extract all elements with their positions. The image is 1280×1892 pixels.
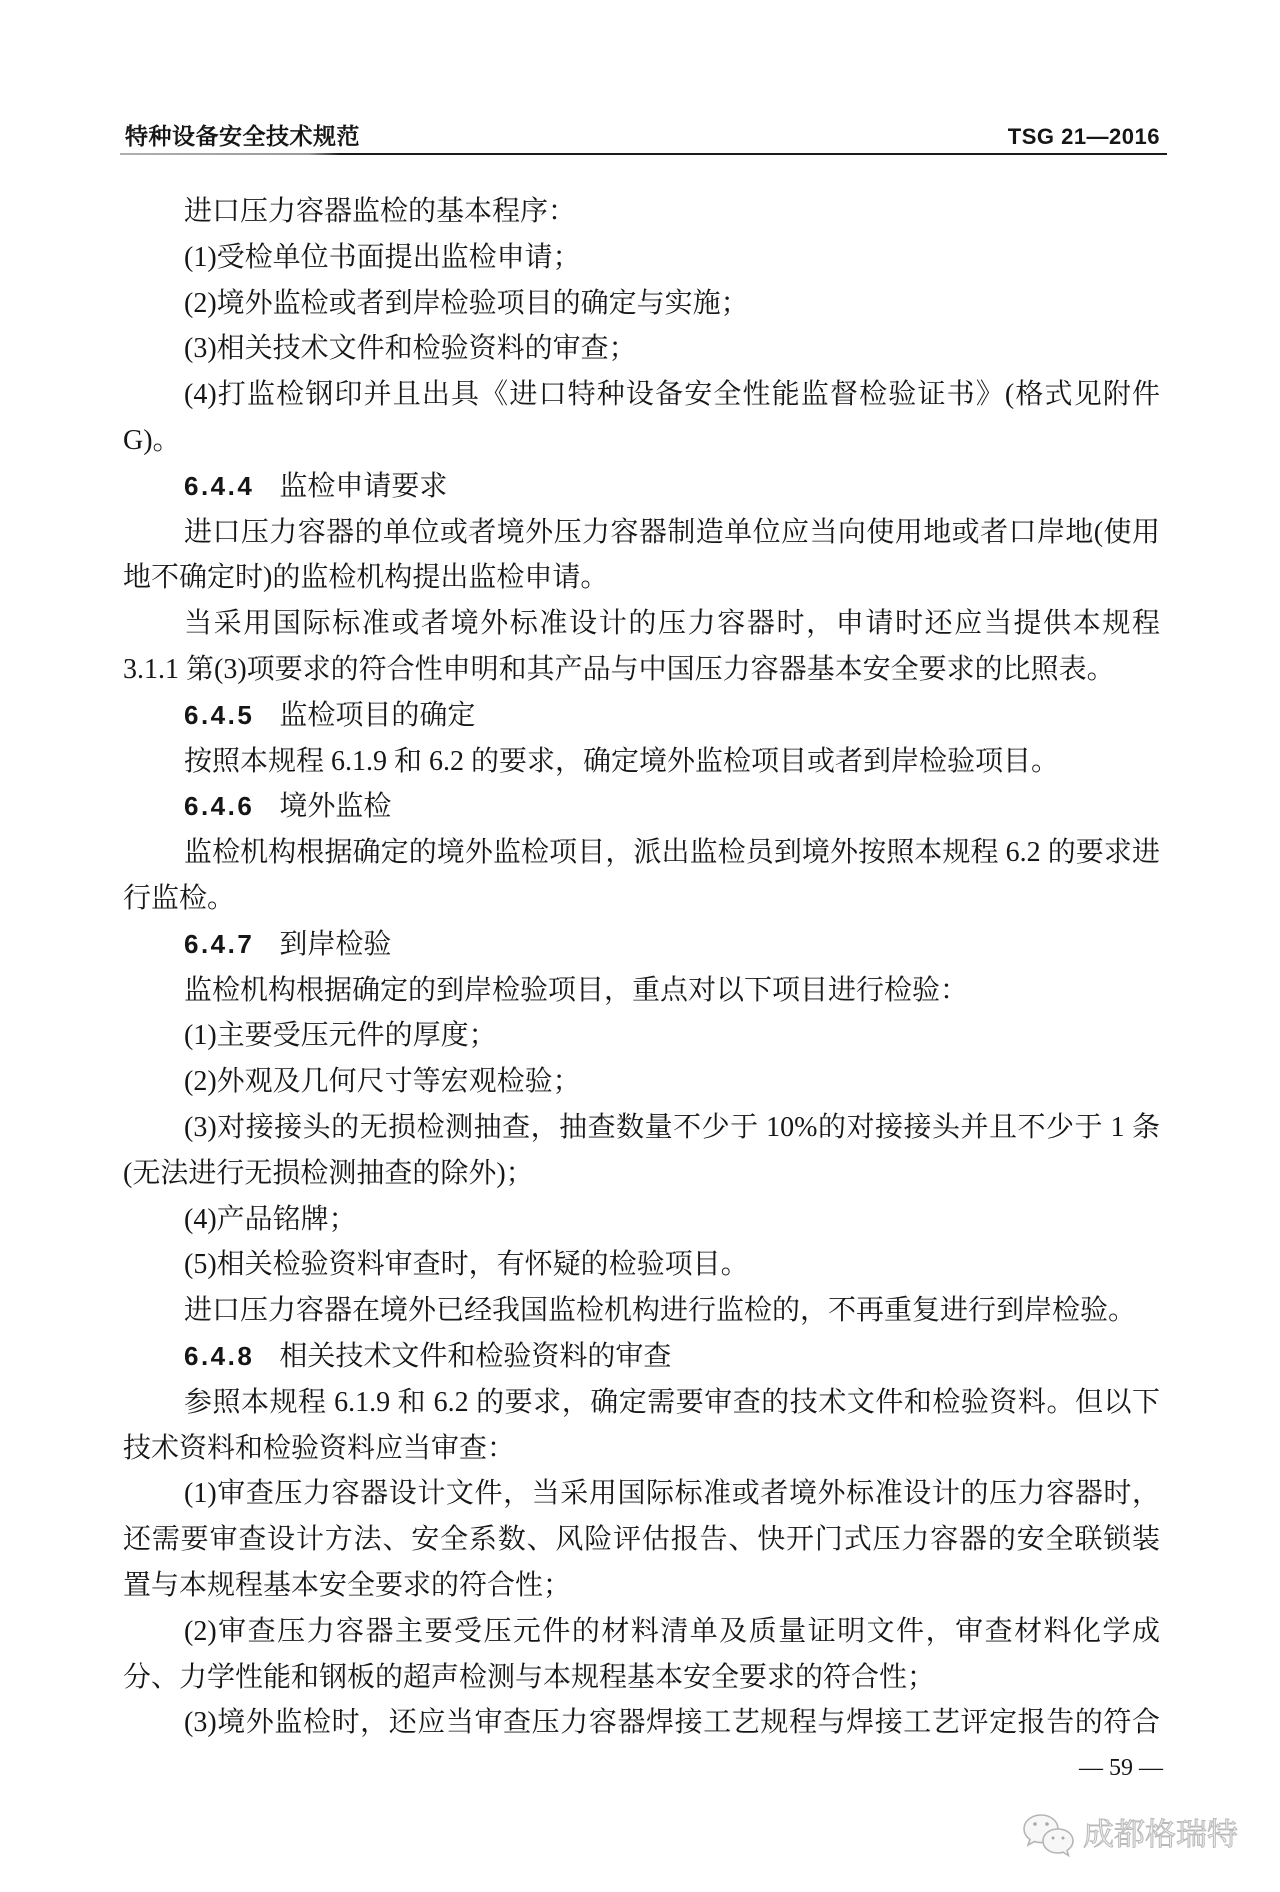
list-item: (1)受检单位书面提出监检申请； (123, 235, 1160, 281)
wechat-icon (1022, 1812, 1078, 1858)
section-title: 相关技术文件和检验资料的审查 (279, 1341, 671, 1372)
body-line: 按照本规程 6.1.9 和 6.2 的要求，确定境外监检项目或者到岸检验项目。 (123, 739, 1160, 785)
body-line: (无法进行无损检测抽查的除外)； (123, 1151, 1160, 1197)
list-item: (3)境外监检时，还应当审查压力容器焊接工艺规程与焊接工艺评定报告的符合 (123, 1700, 1160, 1746)
section-title: 监检申请要求 (279, 471, 447, 502)
body-line: 分、力学性能和钢板的超声检测与本规程基本安全要求的符合性； (123, 1655, 1160, 1701)
section-title: 境外监检 (279, 791, 391, 822)
section-number: 6.4.5 (184, 700, 254, 730)
section-heading-6-4-7: 6.4.7到岸检验 (123, 922, 1160, 968)
list-item: (3)对接接头的无损检测抽查，抽查数量不少于 10%的对接接头并且不少于 1 条 (123, 1105, 1160, 1151)
body-line: 进口压力容器监检的基本程序： (123, 189, 1160, 235)
section-title: 监检项目的确定 (279, 700, 475, 731)
list-item: (2)外观及几何尺寸等宏观检验； (123, 1059, 1160, 1105)
section-heading-6-4-8: 6.4.8相关技术文件和检验资料的审查 (123, 1334, 1160, 1380)
watermark-text: 成都格瑞特 (1083, 1812, 1238, 1858)
section-number: 6.4.4 (184, 471, 254, 501)
list-item: (3)相关技术文件和检验资料的审查； (123, 326, 1160, 372)
body-line: 监检机构根据确定的到岸检验项目，重点对以下项目进行检验： (123, 968, 1160, 1014)
section-number: 6.4.7 (184, 929, 254, 959)
section-number: 6.4.8 (184, 1341, 254, 1371)
section-heading-6-4-6: 6.4.6境外监检 (123, 784, 1160, 830)
section-number: 6.4.6 (184, 791, 254, 821)
body-line: 还需要审查设计方法、安全系数、风险评估报告、快开门式压力容器的安全联锁装 (123, 1517, 1160, 1563)
page-number: — 59 — (1079, 1753, 1163, 1783)
body-line: 置与本规程基本安全要求的符合性； (123, 1563, 1160, 1609)
list-item: (4)产品铭牌； (123, 1197, 1160, 1243)
list-item: (2)审查压力容器主要受压元件的材料清单及质量证明文件，审查材料化学成 (123, 1609, 1160, 1655)
header-rule-divider (120, 153, 1167, 155)
body-line: 行监检。 (123, 876, 1160, 922)
list-item: (1)审查压力容器设计文件，当采用国际标准或者境外标准设计的压力容器时， (123, 1471, 1160, 1517)
body-line: 3.1.1 第(3)项要求的符合性申明和其产品与中国压力容器基本安全要求的比照表… (123, 647, 1160, 693)
section-title: 到岸检验 (279, 929, 391, 960)
section-heading-6-4-4: 6.4.4监检申请要求 (123, 464, 1160, 510)
list-item: (1)主要受压元件的厚度； (123, 1013, 1160, 1059)
body-line: 进口压力容器的单位或者境外压力容器制造单位应当向使用地或者口岸地(使用 (123, 510, 1160, 556)
list-item: (4)打监检钢印并且出具《进口特种设备安全性能监督检验证书》(格式见附件 (123, 372, 1160, 418)
body-line: 参照本规程 6.1.9 和 6.2 的要求，确定需要审查的技术文件和检验资料。但… (123, 1380, 1160, 1426)
body-line: 进口压力容器在境外已经我国监检机构进行监检的，不再重复进行到岸检验。 (123, 1288, 1160, 1334)
running-head-standard-code: TSG 21—2016 (1008, 123, 1160, 151)
body-line: 地不确定时)的监检机构提出监检申请。 (123, 555, 1160, 601)
list-item: (5)相关检验资料审查时，有怀疑的检验项目。 (123, 1242, 1160, 1288)
body-line: 技术资料和检验资料应当审查： (123, 1426, 1160, 1472)
page-body: 进口压力容器监检的基本程序： (1)受检单位书面提出监检申请； (2)境外监检或… (123, 189, 1160, 1746)
watermark: 成都格瑞特 (1022, 1812, 1238, 1858)
body-line: 监检机构根据确定的境外监检项目，派出监检员到境外按照本规程 6.2 的要求进 (123, 830, 1160, 876)
body-line: 当采用国际标准或者境外标准设计的压力容器时，申请时还应当提供本规程 (123, 601, 1160, 647)
running-head-title: 特种设备安全技术规范 (125, 123, 360, 151)
list-item: (2)境外监检或者到岸检验项目的确定与实施； (123, 281, 1160, 327)
body-line: G)。 (123, 418, 1160, 464)
section-heading-6-4-5: 6.4.5监检项目的确定 (123, 693, 1160, 739)
